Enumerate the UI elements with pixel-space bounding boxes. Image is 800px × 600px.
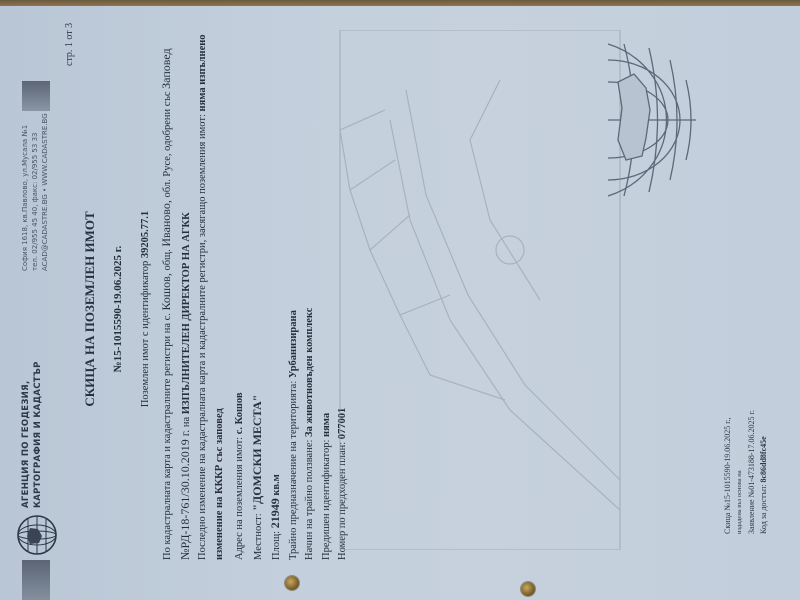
field-label: Площ: — [271, 531, 282, 560]
footer-access-code: Код за достъп: 8c86dd8fc45e — [758, 234, 770, 534]
agency-name-line1: АГЕНЦИЯ ПО ГЕОДЕЗИЯ, — [20, 361, 32, 508]
last-change-text: имот: — [197, 114, 208, 139]
field-area: Площ: 21949 кв.м — [267, 20, 286, 560]
field-label: Трайно предназначение на територията: — [288, 381, 299, 560]
identifier-label: Поземлен имот с идентификатор — [140, 261, 151, 407]
page-number: стр. 1 от 3 — [64, 23, 75, 66]
last-change-text: Последно изменение на кадастралната карт… — [197, 142, 208, 560]
field-locality: Местност: "ДОМСКИ МЕСТА" — [249, 20, 268, 560]
header-gray-bar-left — [22, 560, 50, 600]
agency-contact: София 1618, кв.Павлово, ул.Мусала №1 тел… — [20, 113, 50, 271]
document-number: №15-1015590-19.06.2025 г. — [112, 12, 124, 600]
document-header: АГЕНЦИЯ ПО ГЕОДЕЗИЯ, КАРТОГРАФИЯ И КАДАС… — [0, 16, 60, 556]
bulgaria-globe-watermark-icon — [604, 40, 774, 200]
field-address: Адрес на поземления имот: с. Кошов — [232, 20, 249, 560]
approval-authority: ИЗПЪЛНИТЕЛЕН ДИРЕКТОР НА АГКК — [181, 212, 192, 414]
paper-sheet: АГЕНЦИЯ ПО ГЕОДЕЗИЯ, КАРТОГРАФИЯ И КАДАС… — [0, 6, 800, 600]
approval-text: на — [181, 417, 192, 427]
approval-text: одобрени със — [162, 91, 173, 150]
punch-hole — [285, 576, 299, 590]
contact-web: ACAD@CADASTRE.BG • WWW.CADASTRE.BG — [40, 113, 50, 271]
property-identifier: Поземлен имот с идентификатор 39205.77.1 — [140, 12, 151, 600]
field-label: Адрес на поземления имот: — [234, 437, 245, 560]
header-gray-bar-right — [22, 81, 50, 111]
footer-sketch-number: Скица №15-1015590-19.06.2025 г., — [722, 234, 734, 534]
field-value: с. Кошов — [234, 393, 245, 435]
approval-municipality: Иваново, — [159, 200, 173, 247]
footer-issued-basis: издадена въз основа на — [734, 234, 746, 534]
contact-address: София 1618, кв.Павлово, ул.Мусала №1 — [20, 113, 30, 271]
approval-paragraph: По кадастралната карта и кадастралните р… — [158, 20, 195, 560]
document-page: АГЕНЦИЯ ПО ГЕОДЕЗИЯ, КАРТОГРАФИЯ И КАДАС… — [0, 12, 800, 600]
field-value: 21949 — [268, 498, 282, 528]
document-title: СКИЦА НА ПОЗЕМЛЕН ИМОТ — [82, 12, 98, 600]
identifier-value: 39205.77.1 — [140, 211, 151, 258]
approval-text: По кадастралната карта и кадастралните р… — [162, 313, 173, 560]
field-value: "ДОМСКИ МЕСТА" — [250, 395, 264, 511]
field-unit: кв.м — [271, 474, 282, 496]
contact-phone: тел. 02/955 45 40, факс: 02/955 53 33 — [30, 113, 40, 271]
approval-region: обл. Русе, — [162, 153, 173, 197]
agency-globe-logo-icon — [16, 514, 58, 556]
punch-hole — [521, 582, 535, 596]
last-change-paragraph: Последно изменение на кадастралната карт… — [195, 20, 228, 560]
access-code-value: 8c86dd8fc45e — [759, 436, 768, 482]
access-code-label: Код за достъп: — [759, 485, 768, 534]
document-footer: Скица №15-1015590-19.06.2025 г., издаден… — [722, 234, 770, 534]
footer-application: Заявление №01-473188-17.06.2025 г. — [746, 234, 758, 534]
agency-name-line2: КАРТОГРАФИЯ И КАДАСТЪР — [32, 361, 44, 508]
agency-name: АГЕНЦИЯ ПО ГЕОДЕЗИЯ, КАРТОГРАФИЯ И КАДАС… — [20, 361, 44, 508]
field-value: Урбанизирана — [288, 310, 299, 378]
approval-text: общ. — [162, 249, 173, 270]
field-label: Местност: — [253, 513, 264, 560]
approval-village: Кошов, — [159, 273, 173, 310]
